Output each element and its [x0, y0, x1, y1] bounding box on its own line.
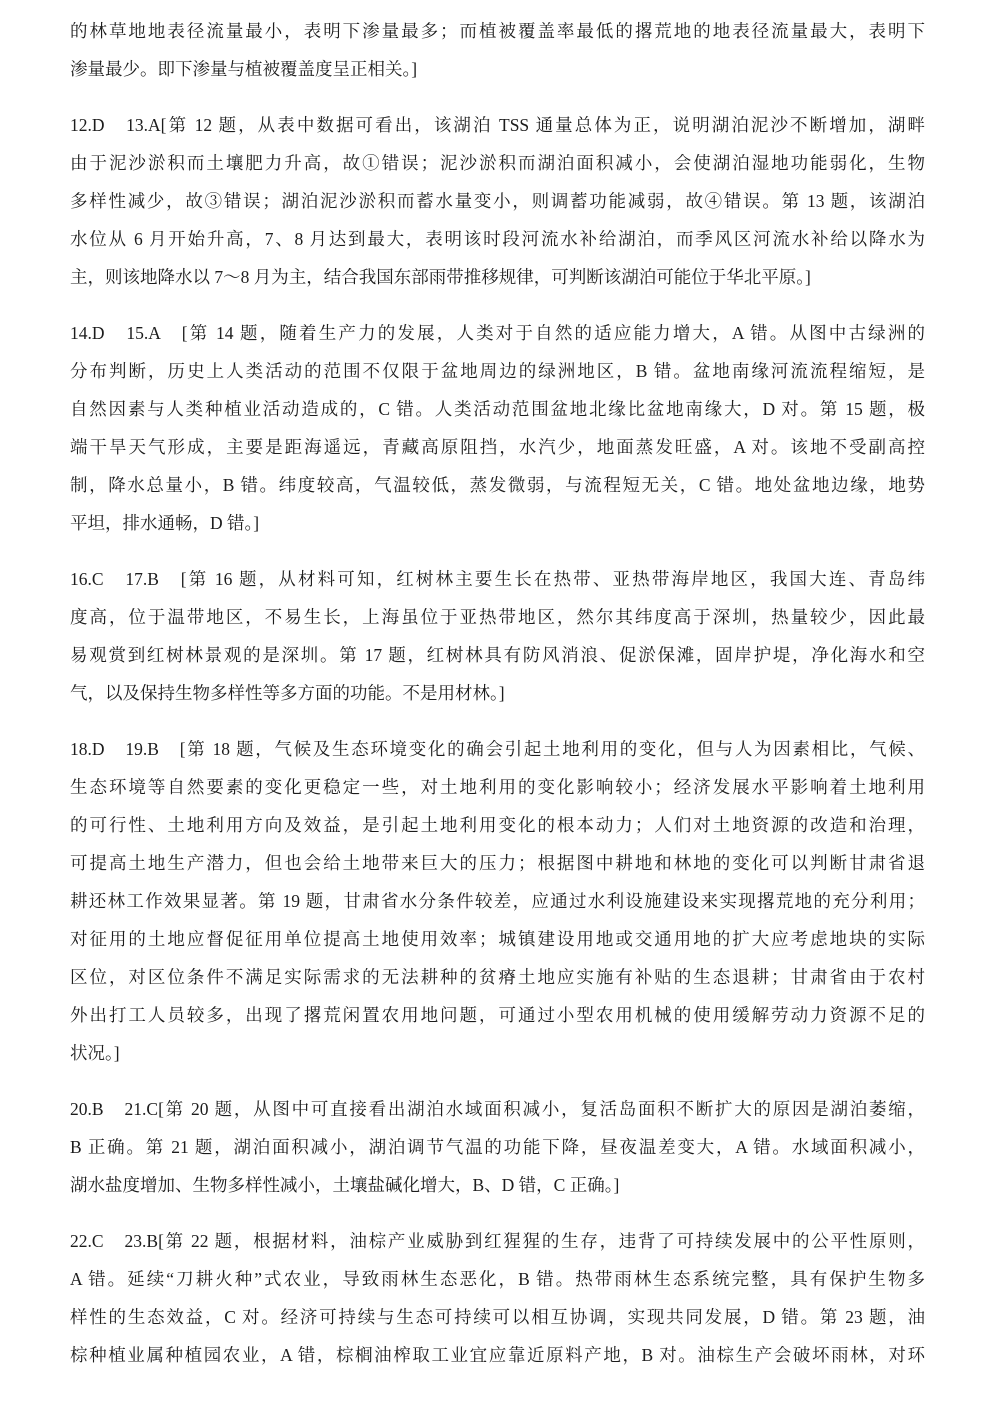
- answer-explanations-section: 的林草地地表径流量最小，表明下渗量最多；而植被覆盖率最低的撂荒地的地表径流量最大…: [70, 12, 925, 1392]
- text-line: 分布判断，历史上人类活动的范围不仅限于盆地周边的绿洲地区，B 错。盆地南缘河流流…: [70, 352, 925, 390]
- text-line: 14.D 15.A [第 14 题，随着生产力的发展，人类对于自然的适应能力增大…: [70, 314, 925, 352]
- text-line: 棕种植业属种植园农业，A 错，棕榈油榨取工业宜应靠近原料产地，B 对。油棕生产会…: [70, 1336, 925, 1374]
- paragraph-q20-q21: 20.B 21.C[第 20 题，从图中可直接看出湖泊水域面积减小，复活岛面积不…: [70, 1090, 925, 1204]
- paragraph-q22-q23: 22.C 23.B[第 22 题，根据材料，油棕产业威胁到红猩猩的生存，违背了可…: [70, 1222, 925, 1374]
- paragraph-continuation-infiltration: 的林草地地表径流量最小，表明下渗量最多；而植被覆盖率最低的撂荒地的地表径流量最大…: [70, 12, 925, 88]
- text-line: 主，则该地降水以 7～8 月为主，结合我国东部雨带推移规律，可判断该湖泊可能位于…: [70, 258, 925, 296]
- text-line: 对征用的土地应督促征用单位提高土地使用效率；城镇建设用地或交通用地的扩大应考虑地…: [70, 920, 925, 958]
- document-page: 的林草地地表径流量最小，表明下渗量最多；而植被覆盖率最低的撂荒地的地表径流量最大…: [0, 0, 992, 1403]
- paragraph-q12-q13: 12.D 13.A[第 12 题，从表中数据可看出，该湖泊 TSS 通量总体为正…: [70, 106, 925, 296]
- text-line: 生态环境等自然要素的变化更稳定一些，对土地利用的变化影响较小；经济发展水平影响着…: [70, 768, 925, 806]
- text-line: B 正确。第 21 题，湖泊面积减小，湖泊调节气温的功能下降，昼夜温差变大，A …: [70, 1128, 925, 1166]
- text-line: 的林草地地表径流量最小，表明下渗量最多；而植被覆盖率最低的撂荒地的地表径流量最大…: [70, 12, 925, 50]
- text-line: 水位从 6 月开始升高，7、8 月达到最大，表明该时段河流水补给湖泊，而季风区河…: [70, 220, 925, 258]
- text-line: 的可行性、土地利用方向及效益，是引起土地利用变化的根本动力；人们对土地资源的改造…: [70, 806, 925, 844]
- text-line: 外出打工人员较多，出现了撂荒闲置农用地问题，可通过小型农用机械的使用缓解劳动力资…: [70, 996, 925, 1034]
- text-line: 可提高土地生产潜力，但也会给土地带来巨大的压力；根据图中耕地和林地的变化可以判断…: [70, 844, 925, 882]
- text-line: 12.D 13.A[第 12 题，从表中数据可看出，该湖泊 TSS 通量总体为正…: [70, 106, 925, 144]
- paragraph-q14-q15: 14.D 15.A [第 14 题，随着生产力的发展，人类对于自然的适应能力增大…: [70, 314, 925, 542]
- text-line: 平坦，排水通畅，D 错。]: [70, 504, 925, 542]
- text-line: 湖水盐度增加、生物多样性减小，土壤盐碱化增大，B、D 错，C 正确。]: [70, 1166, 925, 1204]
- text-line: 气，以及保持生物多样性等多方面的功能。不是用材林。]: [70, 674, 925, 712]
- text-line: A 错。延续“刀耕火种”式农业，导致雨林生态恶化，B 错。热带雨林生态系统完整，…: [70, 1260, 925, 1298]
- text-line: 样性的生态效益，C 对。经济可持续与生态可持续可以相互协调，实现共同发展，D 错…: [70, 1298, 925, 1336]
- paragraph-q18-q19: 18.D 19.B [第 18 题，气候及生态环境变化的确会引起土地利用的变化，…: [70, 730, 925, 1072]
- text-line: 由于泥沙淤积而土壤肥力升高，故①错误；泥沙淤积而湖泊面积减小，会使湖泊湿地功能弱…: [70, 144, 925, 182]
- text-line: 状况。]: [70, 1034, 925, 1072]
- text-line: 易观赏到红树林景观的是深圳。第 17 题，红树林具有防风消浪、促淤保滩，固岸护堤…: [70, 636, 925, 674]
- text-line: 18.D 19.B [第 18 题，气候及生态环境变化的确会引起土地利用的变化，…: [70, 730, 925, 768]
- text-line: 渗量最少。即下渗量与植被覆盖度呈正相关。]: [70, 50, 925, 88]
- text-line: 自然因素与人类种植业活动造成的，C 错。人类活动范围盆地北缘比盆地南缘大，D 对…: [70, 390, 925, 428]
- text-line: 端干旱天气形成，主要是距海遥远，青藏高原阻挡，水汽少，地面蒸发旺盛，A 对。该地…: [70, 428, 925, 466]
- paragraph-q16-q17: 16.C 17.B [第 16 题，从材料可知，红树林主要生长在热带、亚热带海岸…: [70, 560, 925, 712]
- text-line: 区位，对区位条件不满足实际需求的无法耕种的贫瘠土地应实施有补贴的生态退耕；甘肃省…: [70, 958, 925, 996]
- text-line: 16.C 17.B [第 16 题，从材料可知，红树林主要生长在热带、亚热带海岸…: [70, 560, 925, 598]
- text-line: 度高，位于温带地区，不易生长，上海虽位于亚热带地区，然尔其纬度高于深圳，热量较少…: [70, 598, 925, 636]
- text-line: 22.C 23.B[第 22 题，根据材料，油棕产业威胁到红猩猩的生存，违背了可…: [70, 1222, 925, 1260]
- text-line: 多样性减少，故③错误；湖泊泥沙淤积而蓄水量变小，则调蓄功能减弱，故④错误。第 1…: [70, 182, 925, 220]
- text-line: 耕还林工作效果显著。第 19 题，甘肃省水分条件较差，应通过水利设施建设来实现撂…: [70, 882, 925, 920]
- text-line: 制，降水总量小，B 错。纬度较高，气温较低，蒸发微弱，与流程短无关，C 错。地处…: [70, 466, 925, 504]
- text-line: 20.B 21.C[第 20 题，从图中可直接看出湖泊水域面积减小，复活岛面积不…: [70, 1090, 925, 1128]
